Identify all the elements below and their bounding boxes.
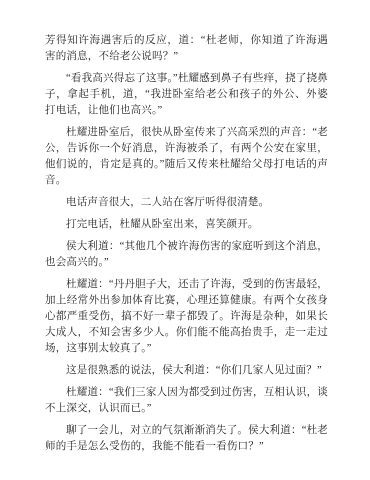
paragraph: “看我高兴得忘了这事。”杜耀感到鼻子有些痒，挠了挠鼻子，拿起手机，道，“我进卧室… — [45, 71, 328, 119]
body-text: 芳得知许海遇害后的反应，道：“杜老师，你知道了许海遇害的消息，不给老公说吗？” … — [45, 33, 328, 455]
paragraph: 芳得知许海遇害后的反应，道：“杜老师，你知道了许海遇害的消息，不给老公说吗？” — [45, 33, 328, 65]
paragraph: 聊了一会儿，对立的气氛渐渐消失了。侯大利道：“杜老师的手是怎么受伤的，我能不能看… — [45, 423, 328, 455]
paragraph: 打完电话，杜耀从卧室出来，喜笑颜开。 — [45, 217, 328, 233]
paragraph: 这是很熟悉的说法，侯大利道：“你们几家人见过面？” — [45, 363, 328, 379]
paragraph: 电话声音很大，二人站在客厅听得很清楚。 — [45, 195, 328, 211]
paragraph: 杜耀道：“丹丹胆子大，还击了许海，受到的伤害最轻，加上经常外出参加体育比赛，心理… — [45, 277, 328, 357]
reader-page: 芳得知许海遇害后的反应，道：“杜老师，你知道了许海遇害的消息，不给老公说吗？” … — [0, 0, 370, 480]
paragraph: 杜耀道：“我们三家人因为都受到过伤害，互相认识，谈不上深交，认识而已。” — [45, 385, 328, 417]
paragraph: 杜耀进卧室后，很快从卧室传来了兴高采烈的声音：“老公，告诉你一个好消息，许海被杀… — [45, 125, 328, 189]
paragraph: 侯大利道：“其他几个被许海伤害的家庭听到这个消息，也会高兴的。” — [45, 239, 328, 271]
